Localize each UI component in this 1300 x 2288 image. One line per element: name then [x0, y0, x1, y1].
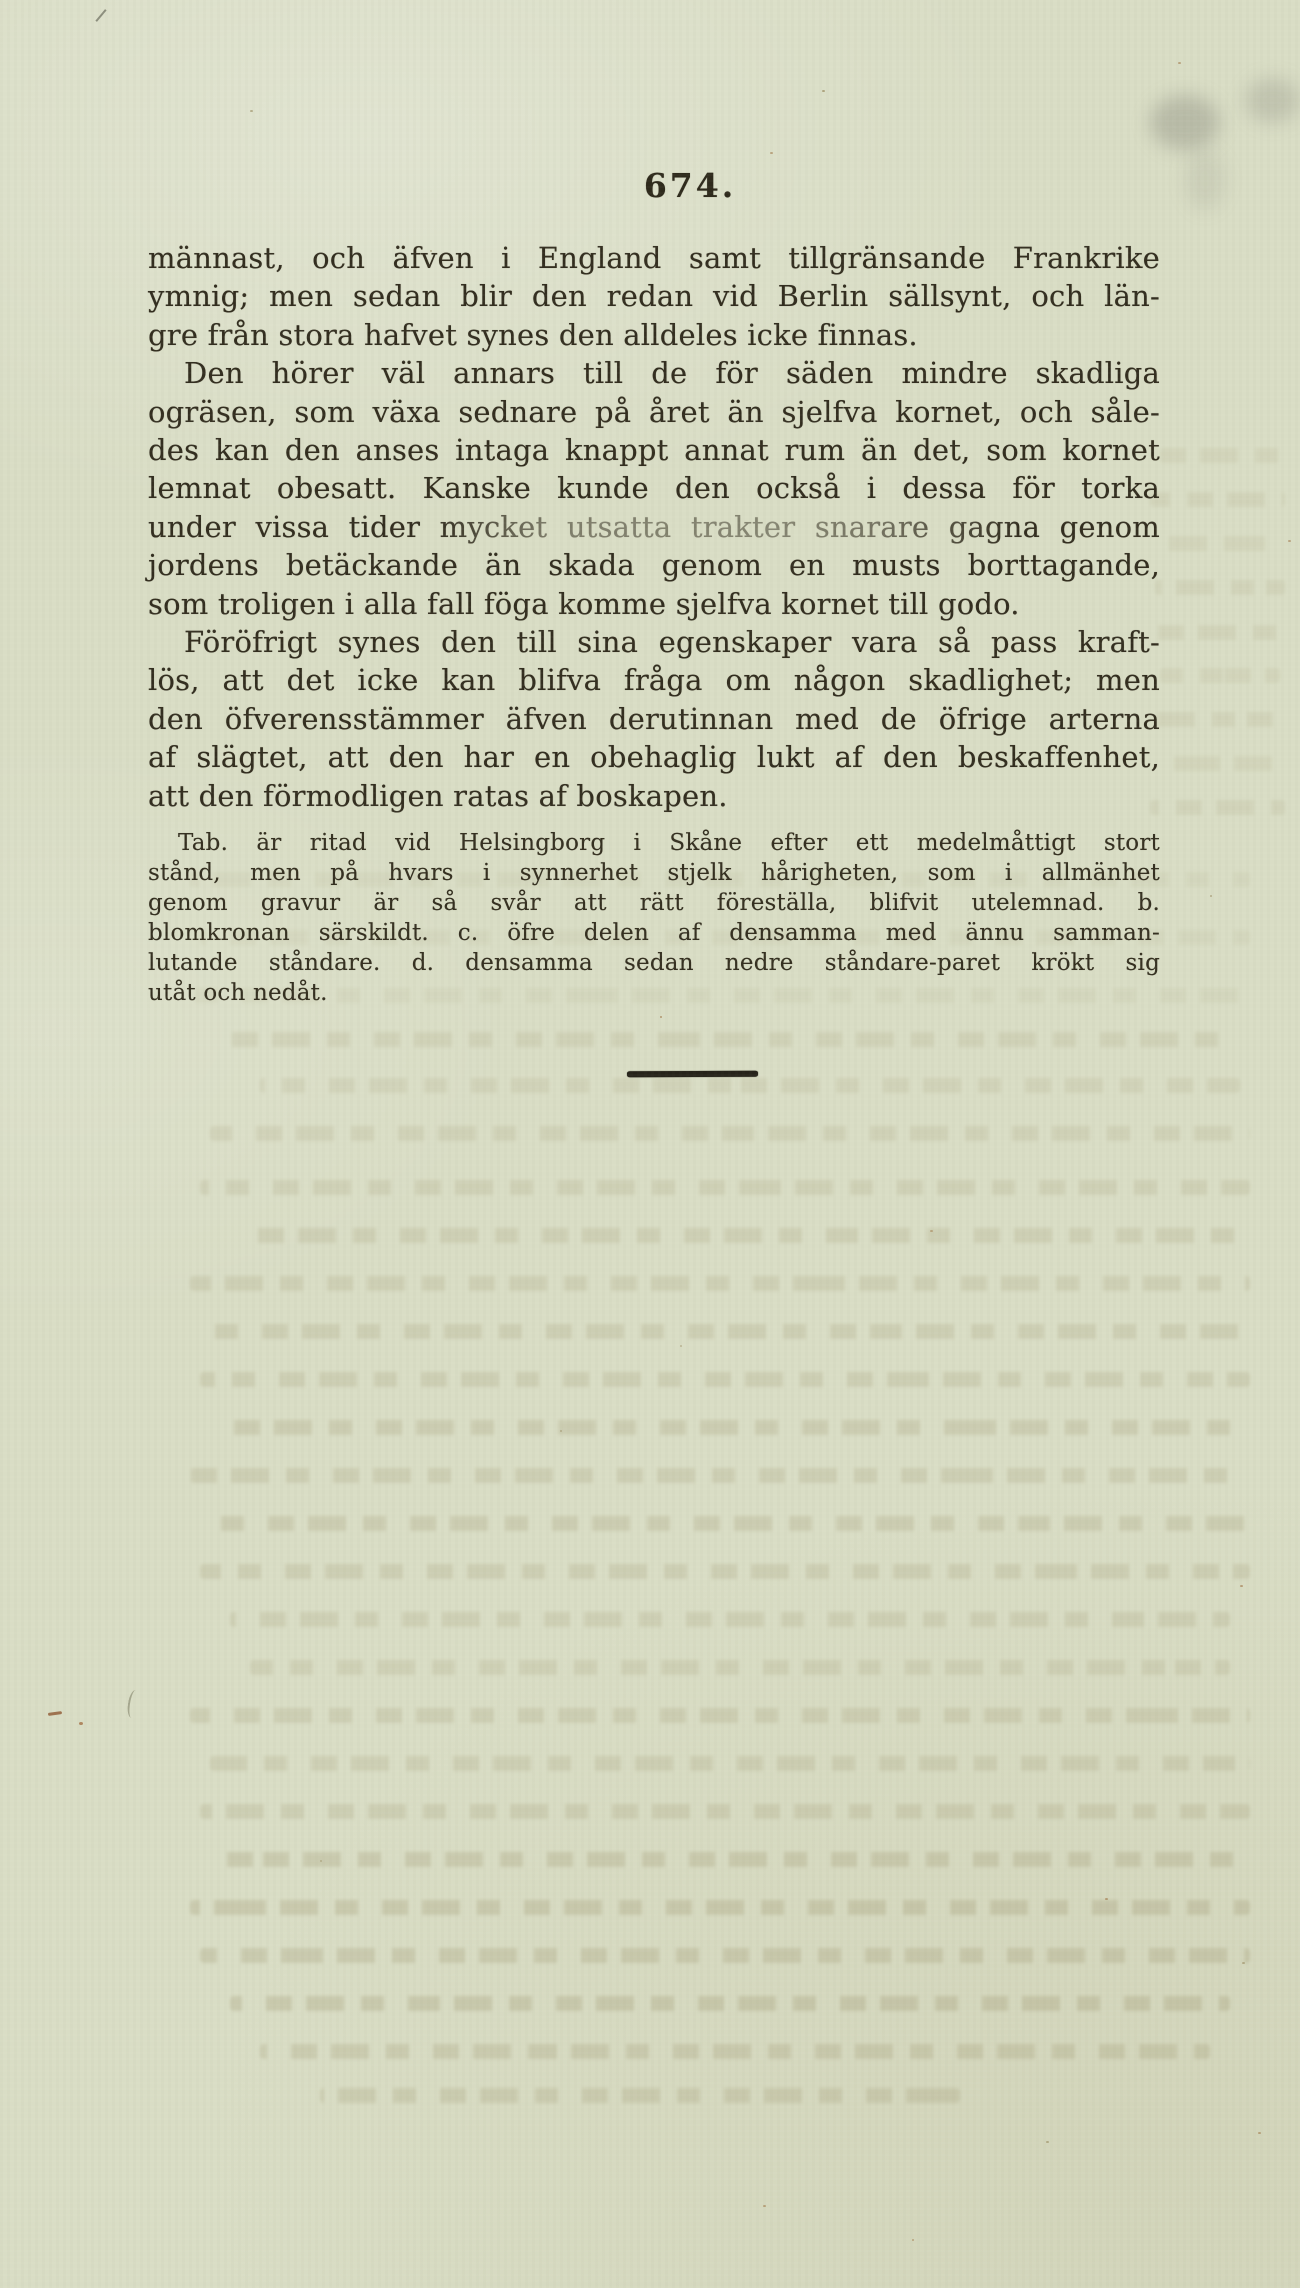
figure-note-line: genom gravur är så svår att rätt förestä… — [148, 888, 1160, 918]
text-line: Föröfrigt synes den till sina egenskaper… — [148, 623, 1160, 661]
book-page: 674. männast, och äfven i England samt t… — [0, 0, 1300, 2288]
figure-note-line: lutande ståndare. d. densamma sedan nedr… — [148, 948, 1160, 978]
paper-speck — [680, 1345, 682, 1347]
text-line: af slägtet, att den har en obehaglig luk… — [148, 738, 1160, 776]
bleed-row — [1165, 756, 1280, 771]
text-line: jordens betäckande än skada genom en mus… — [148, 546, 1160, 584]
bleed-row — [190, 1276, 1250, 1291]
paper-speck — [1240, 1585, 1243, 1587]
paper-speck — [1288, 540, 1291, 542]
paper-speck — [1105, 1898, 1108, 1900]
bleed-row — [230, 1420, 1250, 1435]
bleed-row — [210, 1126, 1250, 1141]
ink-smudge — [1150, 95, 1220, 150]
ink-smudge — [1185, 150, 1225, 210]
paper-speck — [1178, 62, 1181, 64]
paper-speck — [560, 1430, 562, 1432]
text-line: lemnat obesatt. Kanske kunde den också i… — [148, 469, 1160, 507]
bleed-row — [1155, 712, 1285, 727]
figure-note-line: stånd, men på hvars i synnerhet stjelk h… — [148, 858, 1160, 888]
bleed-row — [200, 1948, 1250, 1963]
text-line: des kan den anses intaga knappt annat ru… — [148, 431, 1160, 469]
text-line: lös, att det icke kan blifva fråga om nå… — [148, 661, 1160, 699]
paper-speck — [822, 90, 825, 92]
bleed-row — [210, 1324, 1250, 1339]
paper-speck — [1046, 2141, 1049, 2143]
paper-speck — [320, 1860, 322, 1862]
text-line: under vissa tider mycket utsatta trakter… — [148, 508, 1160, 546]
bleed-row — [1150, 625, 1290, 640]
paper-speck — [79, 1722, 83, 1725]
paper-speck — [763, 2205, 766, 2207]
bleed-row — [210, 1516, 1250, 1531]
bleed-row — [230, 1996, 1230, 2011]
bleed-row — [1160, 448, 1280, 463]
ink-smudge — [1245, 78, 1300, 123]
figure-note-line: blomkronan särskildt. c. öfre delen af d… — [148, 918, 1160, 948]
bleed-row — [200, 1180, 1250, 1195]
main-text: männast, och äfven i England samt tillgr… — [148, 239, 1160, 815]
paper-fiber — [48, 1711, 62, 1716]
bleed-row — [240, 1228, 1240, 1243]
pencil-mark — [126, 1689, 141, 1718]
section-divider — [627, 1071, 758, 1078]
text-line: den öfverensstämmer äfven derutinnan med… — [148, 700, 1160, 738]
bleed-row — [1150, 492, 1285, 507]
figure-note-line: Tab. är ritad vid Helsingborg i Skåne ef… — [148, 828, 1160, 858]
text-line: som troligen i alla fall föga komme sjel… — [148, 585, 1160, 623]
text-line: gre från stora hafvet synes den alldeles… — [148, 316, 1160, 354]
text-line: Den hörer väl annars till de för säden m… — [148, 354, 1160, 392]
bleed-row — [210, 1756, 1250, 1771]
bleed-row — [320, 2088, 960, 2103]
paper-speck — [250, 110, 253, 112]
edge-mark — [95, 9, 106, 22]
text-line: att den förmodligen ratas af boskapen. — [148, 777, 1160, 815]
bleed-row — [220, 1852, 1250, 1867]
bleed-row — [190, 1468, 1250, 1483]
paper-speck — [1210, 895, 1212, 897]
paper-speck — [930, 1230, 933, 1232]
paper-speck — [770, 152, 773, 154]
page-number: 674. — [602, 166, 778, 205]
bleed-row — [260, 2044, 1210, 2059]
bleed-row — [1150, 800, 1285, 815]
bleed-row — [230, 1032, 1240, 1047]
text-line: ogräsen, som växa sednare på året än sje… — [148, 393, 1160, 431]
paper-speck — [660, 1016, 662, 1018]
bleed-row — [230, 1612, 1230, 1627]
bleed-row — [1160, 668, 1280, 683]
bleed-row — [250, 1660, 1230, 1675]
bleed-row — [190, 1708, 1250, 1723]
text-line: ymnig; men sedan blir den redan vid Berl… — [148, 277, 1160, 315]
paper-speck — [1242, 1962, 1245, 1964]
paper-speck — [1258, 2132, 1261, 2134]
bleed-row — [260, 1078, 1240, 1093]
figure-note: Tab. är ritad vid Helsingborg i Skåne ef… — [148, 828, 1160, 1008]
figure-note-line: utåt och nedåt. — [148, 978, 1160, 1008]
text-line: männast, och äfven i England samt tillgr… — [148, 239, 1160, 277]
bleed-row — [190, 1900, 1250, 1915]
bleed-row — [1165, 536, 1275, 551]
bleed-row — [200, 1564, 1250, 1579]
bleed-row — [200, 1372, 1250, 1387]
paper-speck — [912, 2239, 914, 2241]
bleed-row — [1155, 580, 1285, 595]
bleed-row — [200, 1804, 1250, 1819]
